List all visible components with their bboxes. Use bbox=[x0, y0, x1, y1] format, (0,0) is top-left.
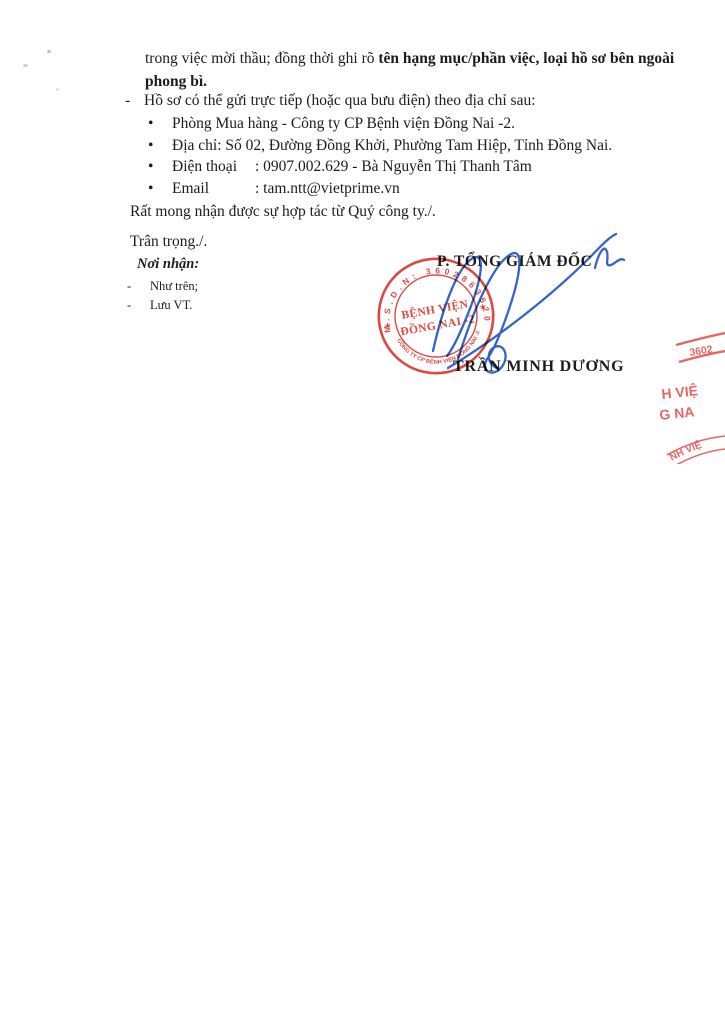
bullet-text: : 0907.002.629 - Bà Nguyễn Thị Thanh Tâm bbox=[255, 156, 532, 178]
bullet-marker: • bbox=[148, 113, 172, 135]
list-item: • Địa chỉ: Số 02, Đường Đồng Khởi, Phườn… bbox=[148, 135, 612, 157]
edge-stamp-mid2: G NA bbox=[659, 403, 695, 423]
intro-line1: trong việc mời thầu; đồng thời ghi rõ tê… bbox=[145, 47, 657, 70]
list-item: - Như trên; bbox=[127, 277, 198, 296]
bullet-marker: • bbox=[148, 156, 172, 178]
edge-stamp-number: 3602 bbox=[689, 343, 714, 359]
dash-marker: - bbox=[127, 277, 150, 296]
list-item-address-intro: - Hồ sơ có thể gửi trực tiếp (hoặc qua b… bbox=[125, 92, 536, 110]
contact-bullet-list: • Phòng Mua hàng - Công ty CP Bệnh viện … bbox=[148, 113, 612, 199]
bullet-label: Email bbox=[172, 178, 255, 200]
recipient-text: Như trên; bbox=[150, 277, 198, 296]
dash-marker: - bbox=[127, 296, 150, 315]
signature-ink bbox=[403, 226, 638, 381]
intro-paragraph: trong việc mời thầu; đồng thời ghi rõ tê… bbox=[145, 47, 657, 93]
bullet-marker: • bbox=[148, 178, 172, 200]
edge-stamp-mid1: H VIỆ bbox=[661, 381, 699, 402]
scan-speck bbox=[23, 64, 28, 67]
bullet-label: Điện thoại bbox=[172, 156, 255, 178]
recipient-text: Lưu VT. bbox=[150, 296, 192, 315]
letter-page: trong việc mời thầu; đồng thời ghi rõ tê… bbox=[0, 0, 725, 1024]
intro-text-bold: tên hạng mục/phần việc, loại hồ sơ bên n… bbox=[378, 50, 674, 67]
recipients-list: - Như trên; - Lưu VT. bbox=[127, 277, 198, 314]
edge-stamp-fragment: 3602 H VIỆ G NA NH VIỆ bbox=[653, 324, 725, 464]
list-item: • Phòng Mua hàng - Công ty CP Bệnh viện … bbox=[148, 113, 612, 135]
intro-text-normal: trong việc mời thầu; đồng thời ghi rõ bbox=[145, 50, 378, 67]
recipients-heading: Nơi nhận: bbox=[137, 256, 199, 273]
list-item: - Lưu VT. bbox=[127, 296, 198, 315]
bullet-text: : tam.ntt@vietprime.vn bbox=[255, 178, 400, 200]
closing-sentence: Rất mong nhận được sự hợp tác từ Quý côn… bbox=[130, 203, 436, 221]
bullet-text: Địa chỉ: Số 02, Đường Đồng Khởi, Phường … bbox=[172, 135, 612, 157]
list-item: • Điện thoại : 0907.002.629 - Bà Nguyễn … bbox=[148, 156, 612, 178]
list-item-text: Hồ sơ có thể gửi trực tiếp (hoặc qua bưu… bbox=[144, 92, 536, 110]
intro-text-bold2: phong bì. bbox=[145, 73, 207, 90]
bullet-marker: • bbox=[148, 135, 172, 157]
list-item: • Email : tam.ntt@vietprime.vn bbox=[148, 178, 612, 200]
intro-line2: phong bì. bbox=[145, 70, 657, 93]
scan-speck bbox=[47, 50, 51, 53]
scan-speck bbox=[56, 88, 59, 91]
bullet-text: Phòng Mua hàng - Công ty CP Bệnh viện Đồ… bbox=[172, 113, 515, 135]
closing-salutation: Trân trọng./. bbox=[130, 233, 207, 251]
dash-marker: - bbox=[125, 92, 144, 110]
stamp-star-left-icon: ★ bbox=[383, 320, 393, 331]
